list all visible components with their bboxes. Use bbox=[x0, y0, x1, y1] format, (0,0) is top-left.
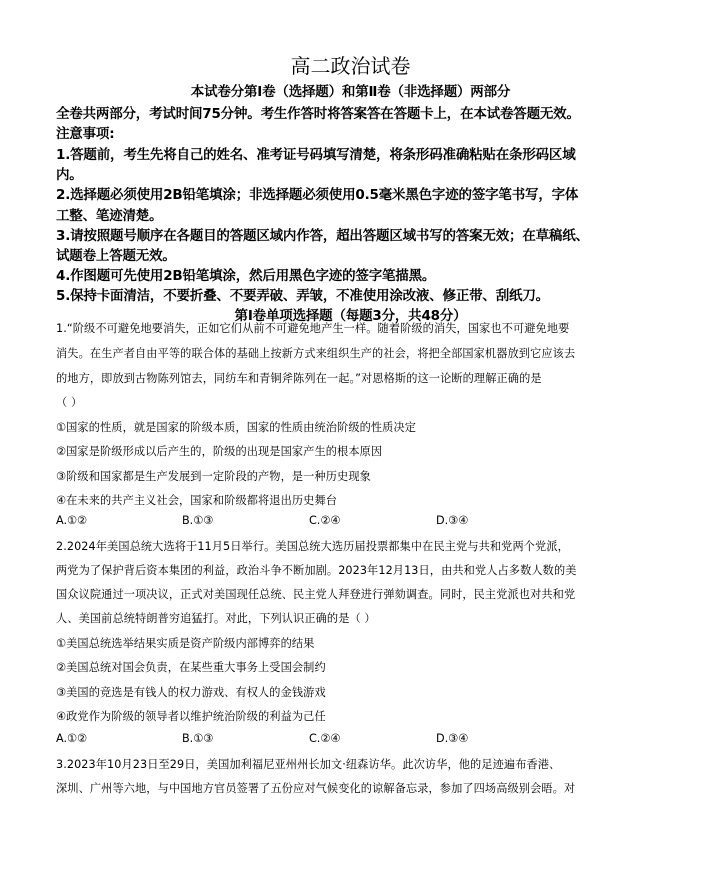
option-d: D.③④ bbox=[436, 732, 468, 745]
option-c: C.②④ bbox=[309, 732, 340, 745]
question-stem-line: 消失。在生产者自由平等的联合体的基础上按新方式来组织生产的社会，将把全部国家机器… bbox=[56, 345, 575, 361]
exam-page: 高二政治试卷 本试卷分第Ⅰ卷（选择题）和第Ⅱ卷（非选择题）两部分 全卷共两部分，… bbox=[0, 0, 701, 877]
option-a: A.①② bbox=[56, 732, 87, 745]
option-b: B.①③ bbox=[182, 514, 213, 527]
notes-heading: 注意事项: bbox=[56, 122, 114, 142]
option-b: B.①③ bbox=[182, 732, 213, 745]
question-stem-line: 的地方，即放到古物陈列馆去，同纺车和青铜斧陈列在一起。”对恩格斯的这一论断的理解… bbox=[56, 370, 542, 386]
statement: ②国家是阶级形成以后产生的，阶级的出现是国家产生的根本原因 bbox=[56, 443, 382, 459]
note-line: 2.选择题必须使用2B铅笔填涂；非选择题必须使用0.5毫米黑色字迹的签字笔书写，… bbox=[56, 183, 578, 203]
statement: ③美国的竞选是有钱人的权力游戏、有权人的金钱游戏 bbox=[56, 684, 326, 700]
page-title: 高二政治试卷 bbox=[0, 50, 701, 79]
option-a: A.①② bbox=[56, 514, 87, 527]
note-line: 5.保持卡面清洁，不要折叠、不要弄破、弄皱，不准使用涂改液、修正带、刮纸刀。 bbox=[56, 284, 549, 304]
note-line: 3.请按照题号顺序在各题目的答题区域内作答，超出答题区域书写的答案无效；在草稿纸… bbox=[56, 224, 589, 244]
question-stem-line: 深圳、广州等六地，与中国地方官员签署了五份应对气候变化的谅解备忘录，参加了四场高… bbox=[56, 780, 575, 796]
question-stem-line: 人、美国前总统特朗普穷追猛打。对此，下列认识正确的是（ ） bbox=[56, 610, 376, 626]
statement: ④在未来的共产主义社会，国家和阶级都将退出历史舞台 bbox=[56, 492, 337, 508]
question-stem-line: 两党为了保护背后资本集团的利益，政治斗争不断加剧。2023年12月13日，由共和… bbox=[56, 562, 577, 578]
statement: ④政党作为阶级的领导者以维护统治阶级的利益为己任 bbox=[56, 708, 326, 724]
option-c: C.②④ bbox=[309, 514, 340, 527]
question-stem-line: 国众议院通过一项决议，正式对美国现任总统、民主党人拜登进行弹劾调查。同时，民主党… bbox=[56, 586, 575, 602]
statement: ②美国总统对国会负责，在某些重大事务上受国会制约 bbox=[56, 659, 326, 675]
note-line: 试题卷上答题无效。 bbox=[56, 244, 176, 264]
statement: ③阶级和国家都是生产发展到一定阶段的产物，是一种历史现象 bbox=[56, 468, 371, 484]
note-line: 1.答题前，考生先将自己的姓名、准考证号码填写清楚，将条形码准确粘贴在条形码区域 bbox=[56, 143, 576, 163]
note-line: 4.作图题可先使用2B铅笔填涂，然后用黑色字迹的签字笔描黑。 bbox=[56, 264, 435, 284]
statement: ①国家的性质，就是国家的阶级本质，国家的性质由统治阶级的性质决定 bbox=[56, 419, 416, 435]
note-line: 内。 bbox=[56, 163, 83, 183]
note-line: 工整、笔迹清楚。 bbox=[56, 204, 162, 224]
statement: ①美国总统选举结果实质是资产阶级内部博弈的结果 bbox=[56, 635, 314, 651]
question-stem-line: 3.2023年10月23日至29日，美国加利福尼亚州州长加文·纽森访华。此次访华… bbox=[56, 756, 560, 772]
question-stem-line: 1.“阶级不可避免地要消失，正如它们从前不可避免地产生一样。随着阶级的消失，国家… bbox=[56, 320, 569, 336]
answer-blank: （ ） bbox=[56, 394, 82, 410]
question-stem-line: 2.2024年美国总统大选将于11月5日举行。美国总统大选历届投票都集中在民主党… bbox=[56, 538, 569, 554]
exam-intro: 全卷共两部分，考试时间75分钟。考生作答时将答案答在答题卡上，在本试卷答题无效。 bbox=[56, 102, 580, 122]
exam-subtitle: 本试卷分第Ⅰ卷（选择题）和第Ⅱ卷（非选择题）两部分 bbox=[0, 80, 701, 100]
option-d: D.③④ bbox=[436, 514, 468, 527]
